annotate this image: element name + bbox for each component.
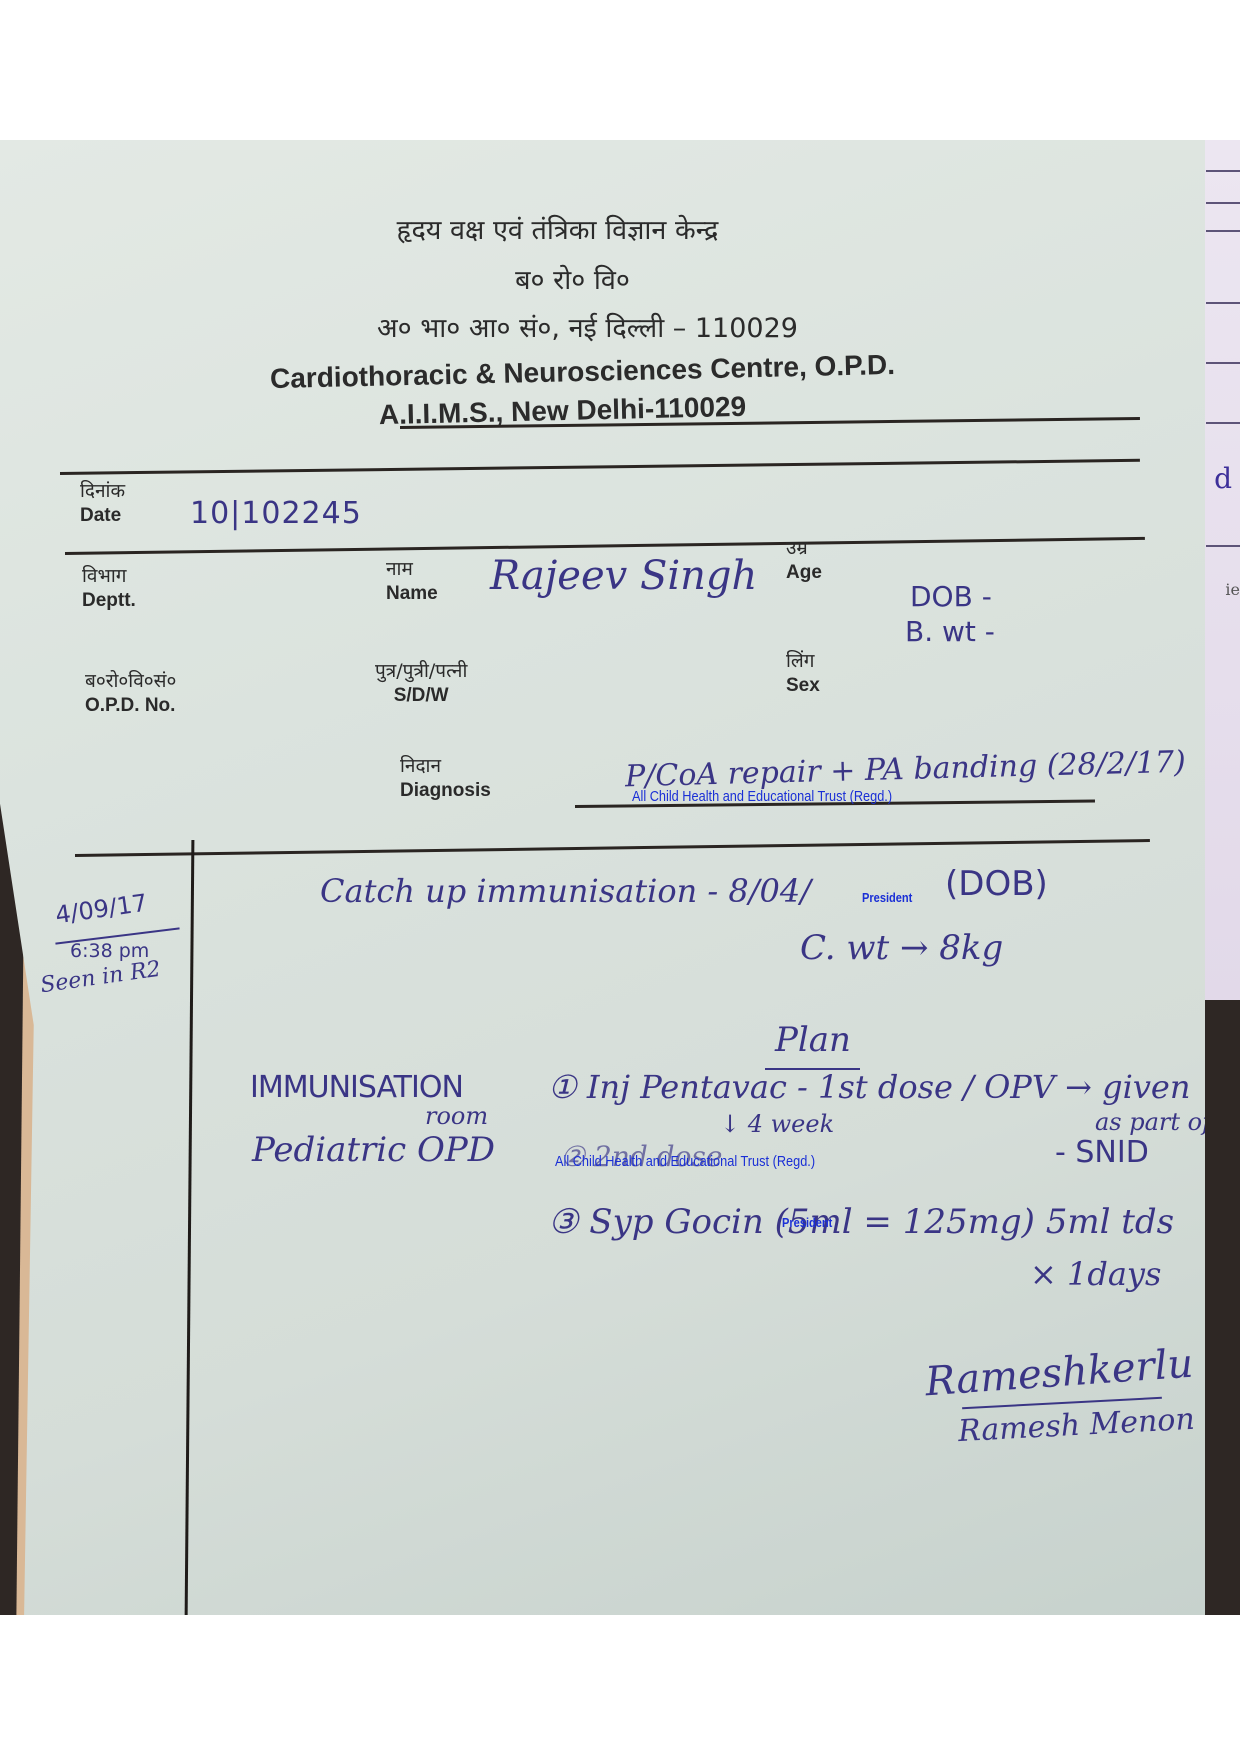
president-stamp: President [862, 890, 912, 905]
trust-stamp: All Child Health and Educational Trust (… [632, 788, 892, 805]
president-stamp: President [782, 1215, 832, 1230]
plan-heading: Plan [775, 1020, 851, 1060]
dept-label: विभाग Deptt. [82, 565, 136, 613]
dob-label: (DOB) [945, 864, 1048, 904]
age-label: उम्र Age [786, 537, 822, 585]
trust-stamp: All Child Health and Educational Trust (… [555, 1153, 815, 1170]
visit-date: 4/09/17 [54, 889, 150, 930]
dob-note: DOB - [910, 580, 992, 613]
side-page-letter: d [1214, 462, 1232, 495]
doctor-name: Ramesh Menon [957, 1402, 1195, 1449]
date-label: दिनांक Date [80, 480, 125, 528]
plan-item-syrup: ③ Syp Gocin (5ml = 125mg) 5ml tds [548, 1202, 1174, 1242]
relation-label: पुत्र/पुत्री/पत्नी S/D/W [375, 660, 467, 708]
plan-item-pentavac-interval: ↓ 4 week [720, 1110, 834, 1138]
date-value: 10|102245 [190, 496, 362, 531]
catch-up-note: Catch up immunisation - 8/04/ [320, 872, 811, 910]
plan-item-snid: - SNID [1055, 1135, 1149, 1170]
header-hindi-3: अ० भा० आ० सं०, नई दिल्ली – 110029 [0, 308, 1190, 345]
header-hindi-1: हृदय वक्ष एवं तंत्रिका विज्ञान केन्द्र [0, 210, 1160, 247]
referral-immunisation: IMMUNISATION [250, 1070, 463, 1105]
diagnosis-label: निदान Diagnosis [400, 755, 491, 803]
diagnosis-value: P/CoA repair + PA banding (28/2/17) [625, 745, 1187, 795]
rule-line [75, 839, 1150, 857]
name-label: नाम Name [386, 558, 438, 606]
sex-label: लिंग Sex [786, 650, 820, 698]
doctor-signature: Rameshkerlu [924, 1341, 1195, 1406]
plan-item-pentavac: ① Inj Pentavac - 1st dose / OPV → given [548, 1068, 1190, 1106]
plan-item-opv-part-of: as part of [1095, 1108, 1211, 1136]
header-hindi-2: ब० रो० वि० [0, 260, 1175, 297]
column-divider [185, 840, 195, 1615]
patient-name: Rajeev Singh [490, 553, 757, 599]
opd-card: हृदय वक्ष एवं तंत्रिका विज्ञान केन्द्र ब… [0, 140, 1205, 1615]
birth-weight-note: B. wt - [905, 615, 995, 648]
rule-line [60, 459, 1140, 475]
seen-by: Seen in R2 [39, 957, 162, 999]
document-photo: d ie हृदय वक्ष एवं तंत्रिका विज्ञान केन्… [0, 140, 1240, 1615]
referral-room: room [425, 1102, 488, 1130]
side-page-letter: ie [1225, 580, 1240, 599]
opd-no-label: ब०रो०वि०सं० O.P.D. No. [85, 670, 176, 718]
referral-pediatric-opd: Pediatric OPD [252, 1130, 495, 1170]
plan-item-syrup-duration: × 1days [1030, 1255, 1161, 1293]
current-weight: C. wt → 8kg [800, 928, 1003, 968]
